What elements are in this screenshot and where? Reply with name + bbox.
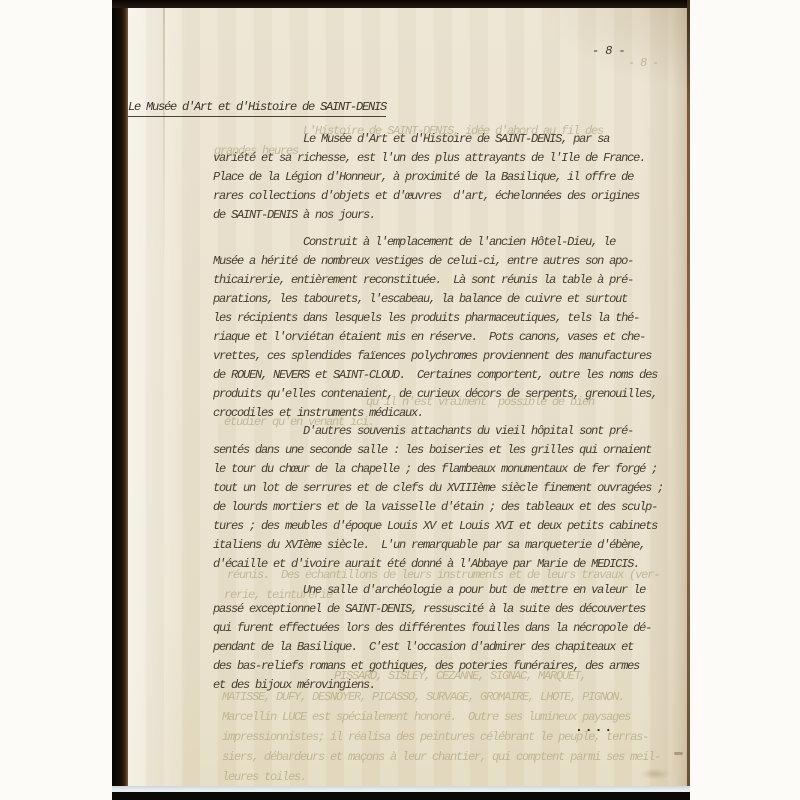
text-line: sentés dans une seconde salle : les bois… xyxy=(213,441,693,460)
stain xyxy=(640,768,670,780)
text-line: Le Musée d'Art et d'Histoire de SAINT-DE… xyxy=(213,130,693,149)
text-line: rares collections d'objets et d'œuvres d… xyxy=(213,187,693,206)
text-line: qui furent effectuées lors des différent… xyxy=(213,619,693,638)
scan-bottom-border xyxy=(112,792,690,800)
scanned-page: - 8 -L'Histoire de SAINT-DENIS, idée d'a… xyxy=(112,0,690,800)
text-line: Place de la Légion d'Honneur, à proximit… xyxy=(213,168,693,187)
text-line: tures ; des meubles d'époque Louis XV et… xyxy=(213,517,693,536)
text-line: de lourds mortiers et de la vaisselle d'… xyxy=(213,498,693,517)
text-line: tout un lot de serrures et de clefs du X… xyxy=(213,479,693,498)
ghost-text-line: Marcellin LUCE est spécialement honoré. … xyxy=(222,708,630,727)
text-line: Musée a hérité de nombreux vestiges de c… xyxy=(213,252,693,271)
text-line: d'écaille et d'ivoire aurait été donné à… xyxy=(213,555,693,574)
text-line: et des bijoux mérovingiens. xyxy=(213,676,693,695)
document-title: Le Musée d'Art et d'Histoire de SAINT-DE… xyxy=(128,100,386,117)
page-right-edge xyxy=(687,0,690,794)
text-line: de SAINT-DENIS à nos jours. xyxy=(213,206,693,225)
text-line: variété et sa richesse, est l'un des plu… xyxy=(213,149,693,168)
text-line: Une salle d'archéologie a pour but de me… xyxy=(213,581,693,600)
paragraph-hotel-dieu: Construit à l'emplacement de l'ancien Hô… xyxy=(213,233,693,423)
page-number: - 8 - xyxy=(592,44,625,58)
text-line: parations, les tabourets, l'escabeau, la… xyxy=(213,290,693,309)
paragraph-seconde-salle: D'autres souvenis attachants du vieil hô… xyxy=(213,422,693,574)
stain xyxy=(674,752,683,755)
text-line: passé exceptionnel de SAINT-DENIS, ressu… xyxy=(213,600,693,619)
text-line: de ROUEN, NEVERS et SAINT-CLOUD. Certain… xyxy=(213,366,693,385)
ghost-text-line: - 8 - xyxy=(628,54,658,73)
text-line: le tour du chœur de la chapelle ; des fl… xyxy=(213,460,693,479)
text-line: crocodiles et instruments médicaux. xyxy=(213,404,693,423)
continuation-dots: .... xyxy=(575,720,614,735)
text-line: produits qu'elles contenaient, de curieu… xyxy=(213,385,693,404)
scan-top-border xyxy=(112,0,690,8)
text-line: riaque et l'orviétan étaient mis en rése… xyxy=(213,328,693,347)
paragraph-archeologie: Une salle d'archéologie a pour but de me… xyxy=(213,581,693,695)
text-line: pendant de la Basilique. C'est l'occasio… xyxy=(213,638,693,657)
text-line: Construit à l'emplacement de l'ancien Hô… xyxy=(213,233,693,252)
text-line: des bas-reliefs romans et gothiques, des… xyxy=(213,657,693,676)
ghost-text-line: siers, débardeurs et maçons à leur chant… xyxy=(222,748,660,767)
text-line: D'autres souvenis attachants du vieil hô… xyxy=(213,422,693,441)
text-line: thicairerie, entièrement reconstituée. L… xyxy=(213,271,693,290)
scan-left-border xyxy=(112,0,128,794)
ghost-text-line: leures toiles. xyxy=(222,768,306,787)
text-line: vrettes, ces splendides faïences polychr… xyxy=(213,347,693,366)
text-line: les récipients dans lesquels les produit… xyxy=(213,309,693,328)
paragraph-intro: Le Musée d'Art et d'Histoire de SAINT-DE… xyxy=(213,130,693,225)
text-line: italiens du XVIème siècle. L'un remarqua… xyxy=(213,536,693,555)
